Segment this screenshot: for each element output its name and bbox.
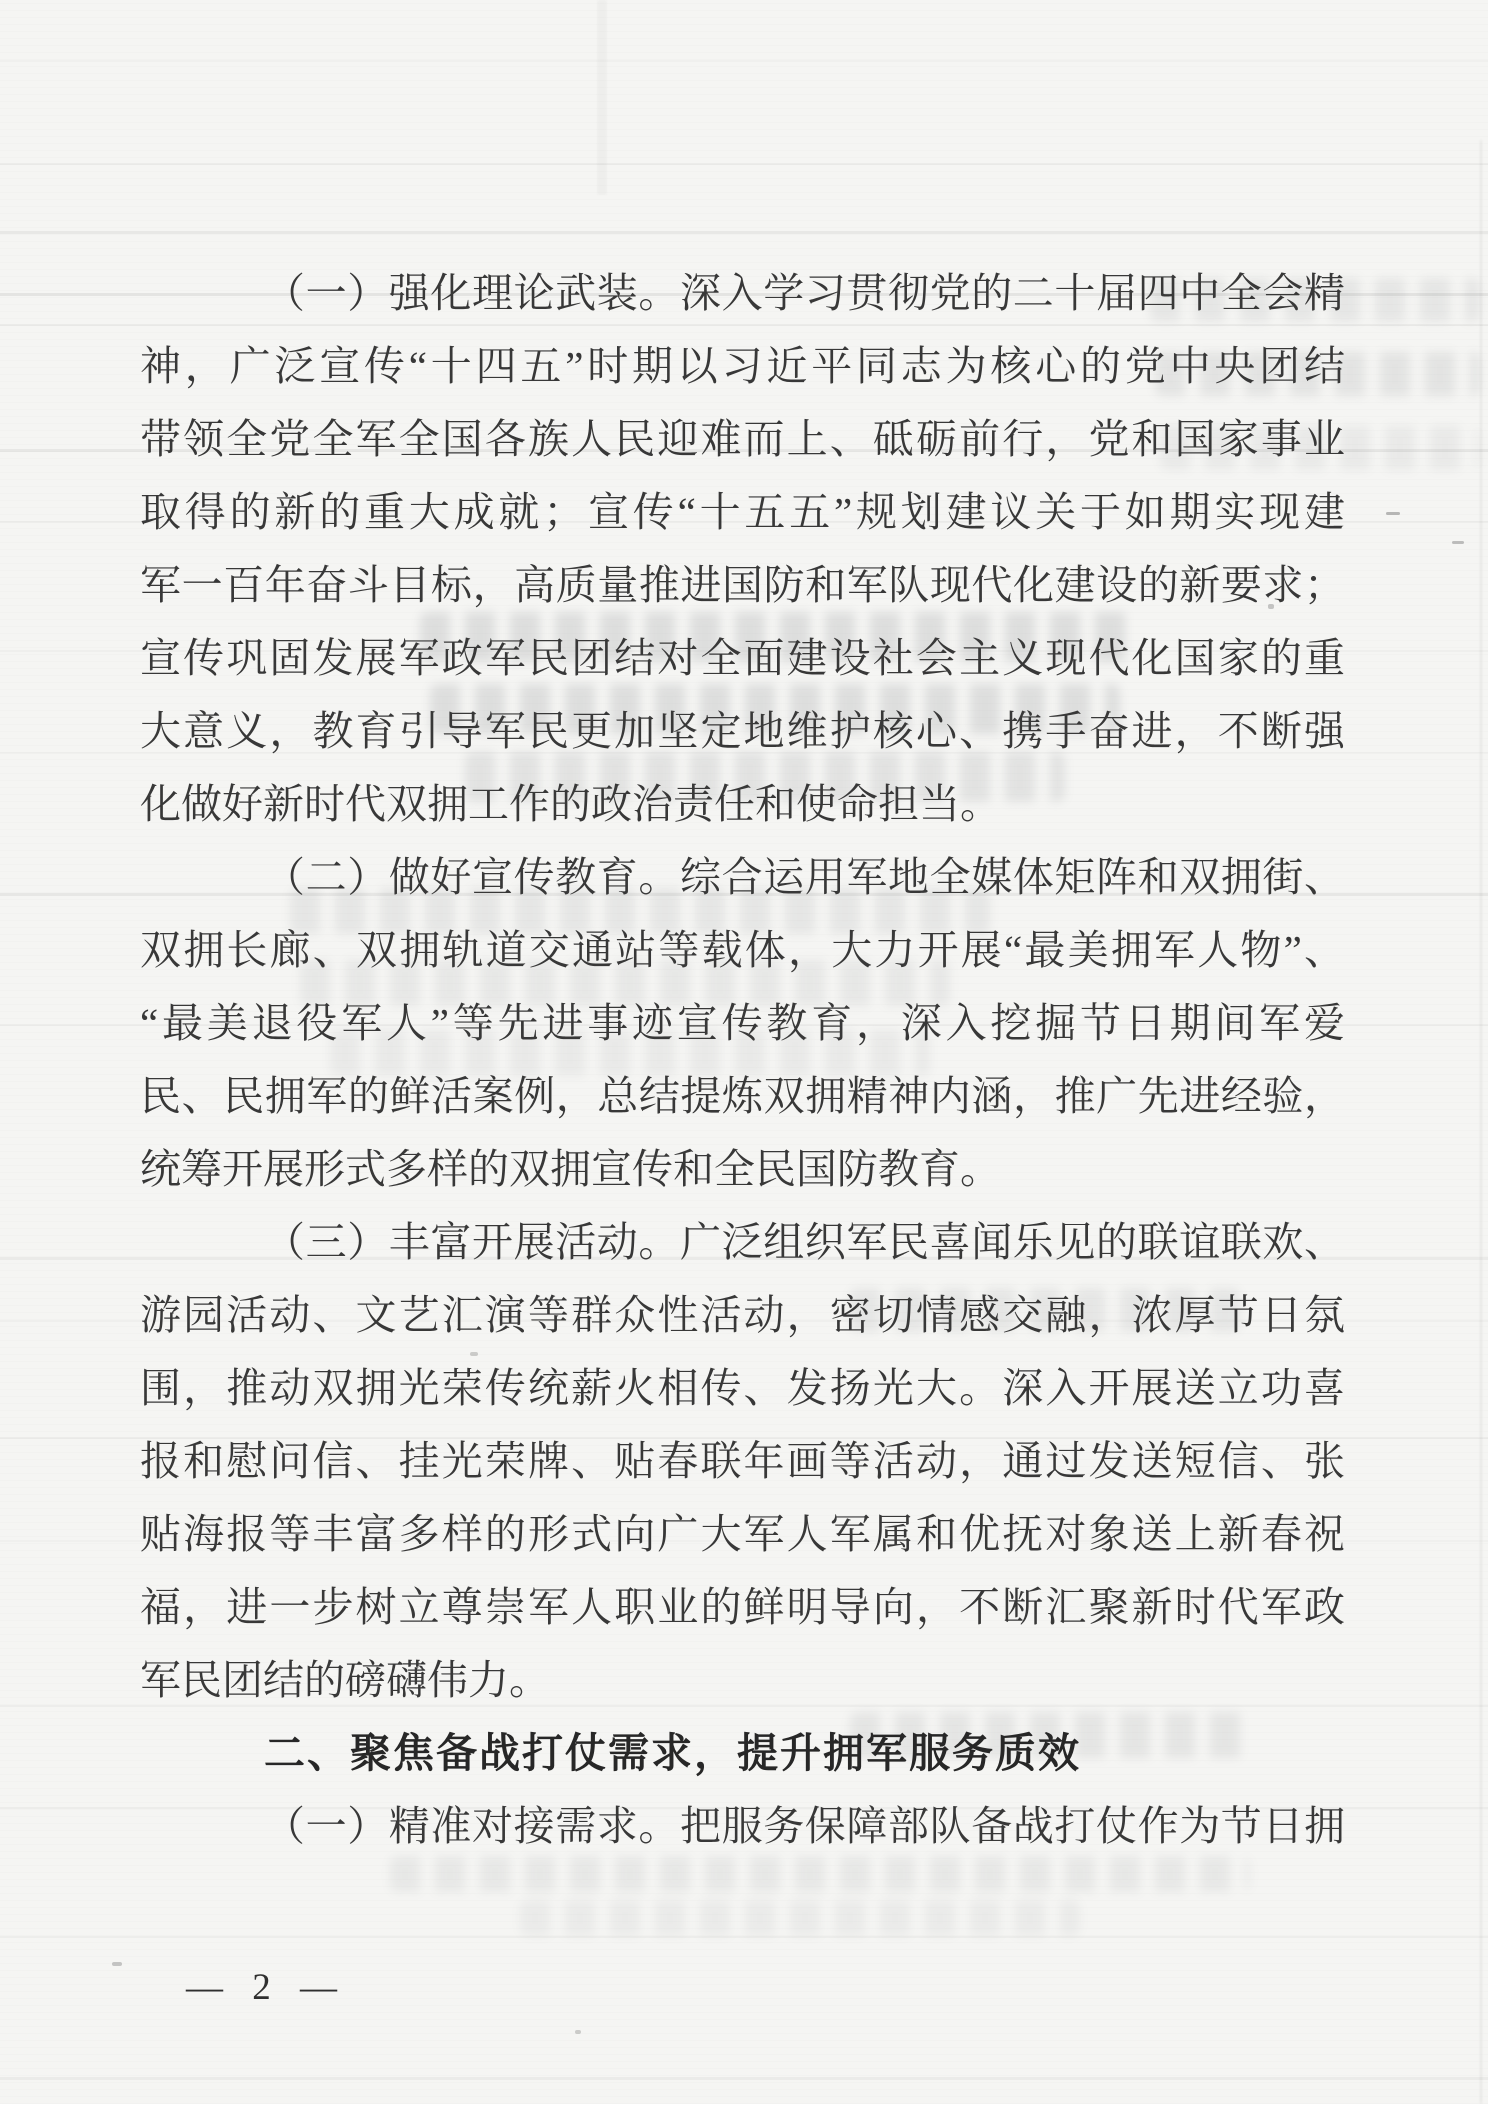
body-text-line: 贴海报等丰富多样的形式向广大军人军属和优抚对象送上新春祝 xyxy=(140,1498,1345,1571)
body-text-line: “最美退役军人”等先进事迹宣传教育，深入挖掘节日期间军爱 xyxy=(140,987,1345,1060)
body-text-line: 宣传巩固发展军政军民团结对全面建设社会主义现代化国家的重 xyxy=(140,622,1345,695)
scan-streak-line xyxy=(0,1936,1488,1938)
body-text-line: （一）强化理论武装。深入学习贯彻党的二十届四中全会精 xyxy=(140,257,1345,330)
scan-streak-line xyxy=(0,231,1488,234)
body-text-line: 围，推动双拥光荣传统薪火相传、发扬光大。深入开展送立功喜 xyxy=(140,1352,1345,1425)
body-text-line: （三）丰富开展活动。广泛组织军民喜闻乐见的联谊联欢、 xyxy=(140,1206,1345,1279)
body-text-line: 化做好新时代双拥工作的政治责任和使命担当。 xyxy=(140,768,1345,841)
body-text-line: 福，进一步树立尊崇军人职业的鲜明导向，不断汇聚新时代军政 xyxy=(140,1571,1345,1644)
document-body: （一）强化理论武装。深入学习贯彻党的二十届四中全会精神，广泛宣传“十四五”时期以… xyxy=(140,257,1345,1863)
body-text-line: （一）精准对接需求。把服务保障部队备战打仗作为节日拥 xyxy=(140,1790,1345,1863)
body-text-line: 报和慰问信、挂光荣牌、贴春联年画等活动，通过发送短信、张 xyxy=(140,1425,1345,1498)
body-text-line: 带领全党全军全国各族人民迎难而上、砥砺前行，党和国家事业 xyxy=(140,403,1345,476)
body-text-line: 神，广泛宣传“十四五”时期以习近平同志为核心的党中央团结 xyxy=(140,330,1345,403)
heading-line: 二、聚焦备战打仗需求，提升拥军服务质效 xyxy=(140,1717,1345,1790)
body-text-line: 军一百年奋斗目标，高质量推进国防和军队现代化建设的新要求； xyxy=(140,549,1345,622)
body-text-line: 取得的新的重大成就；宣传“十五五”规划建议关于如期实现建 xyxy=(140,476,1345,549)
scan-streak-line xyxy=(0,163,1488,165)
scan-dust-speck xyxy=(1386,512,1400,515)
scan-streak-vertical xyxy=(1480,140,1482,2104)
scan-streak-line xyxy=(0,2077,1488,2080)
scan-streak-line xyxy=(0,60,1488,62)
body-text-line: 民、民拥军的鲜活案例，总结提炼双拥精神内涵，推广先进经验， xyxy=(140,1060,1345,1133)
body-text-line: 军民团结的磅礴伟力。 xyxy=(140,1644,1345,1717)
body-text-line: 游园活动、文艺汇演等群众性活动，密切情感交融，浓厚节日氛 xyxy=(140,1279,1345,1352)
scan-dust-speck xyxy=(575,2030,581,2034)
body-text-line: 大意义，教育引导军民更加坚定地维护核心、携手奋进，不断强 xyxy=(140,695,1345,768)
body-text-line: 双拥长廊、双拥轨道交通站等载体，大力开展“最美拥军人物”、 xyxy=(140,914,1345,987)
bleedthrough-smudge xyxy=(520,1900,1080,1936)
scanned-document-page: （一）强化理论武装。深入学习贯彻党的二十届四中全会精神，广泛宣传“十四五”时期以… xyxy=(0,0,1488,2104)
scan-dust-speck xyxy=(1452,541,1464,544)
body-text-line: 统筹开展形式多样的双拥宣传和全民国防教育。 xyxy=(140,1133,1345,1206)
scan-dust-speck xyxy=(112,1962,122,1966)
scan-streak-vertical xyxy=(597,0,607,195)
page-number: — 2 — xyxy=(186,1966,347,2009)
body-text-line: （二）做好宣传教育。综合运用军地全媒体矩阵和双拥街、 xyxy=(140,841,1345,914)
